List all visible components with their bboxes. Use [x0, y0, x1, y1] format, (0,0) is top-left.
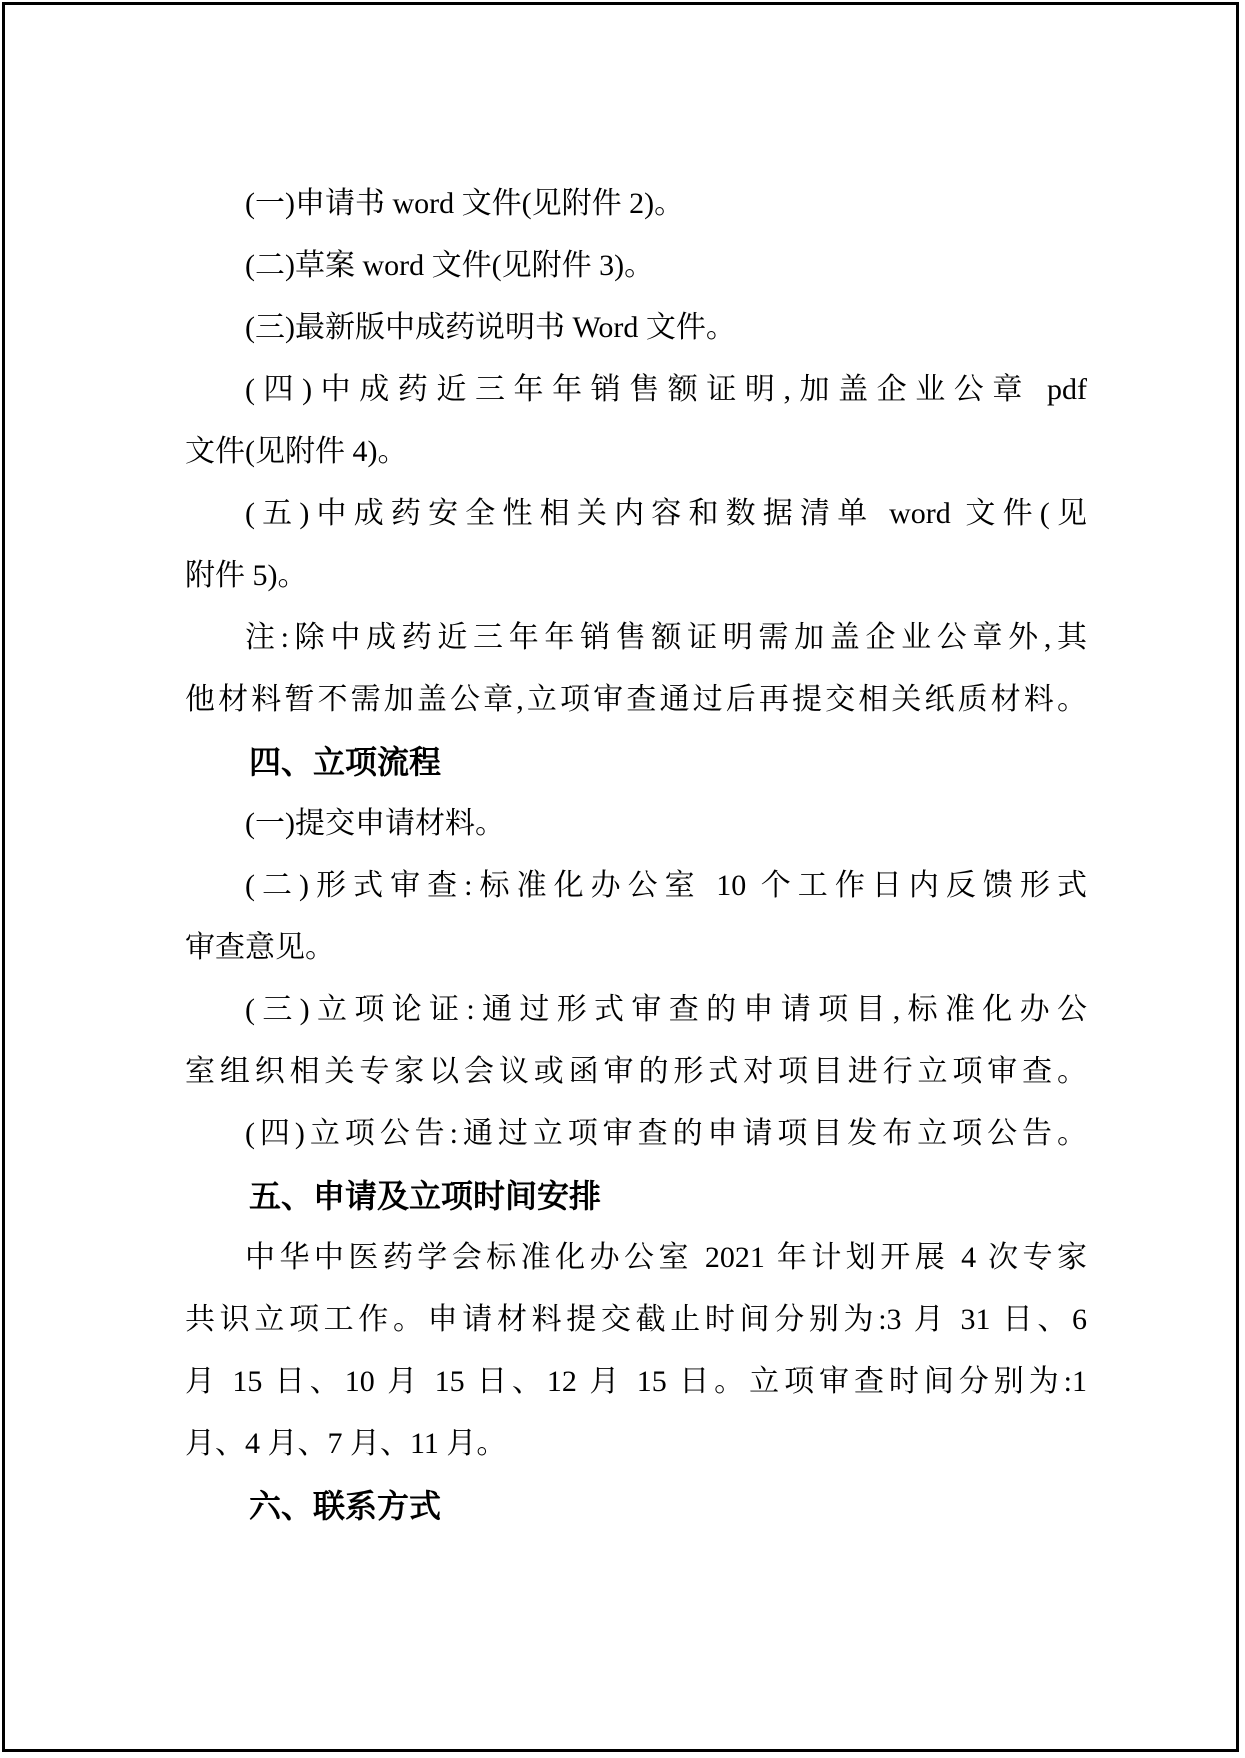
text-line: (四)立项公告:通过立项审查的申请项目发布立项公告。: [185, 1103, 1087, 1165]
text-line: 注:除中成药近三年年销售额证明需加盖企业公章外,其: [185, 607, 1087, 669]
text-line: 中华中医药学会标准化办公室 2021 年计划开展 4 次专家: [185, 1227, 1087, 1289]
text-line: 共识立项工作。申请材料提交截止时间分别为:3 月 31 日、6: [185, 1289, 1087, 1351]
text-line: 文件(见附件 4)。: [185, 421, 1087, 483]
text-line: 月 15 日、10 月 15 日、12 月 15 日。立项审查时间分别为:1: [185, 1351, 1087, 1413]
text-line: 月、4 月、7 月、11 月。: [185, 1413, 1087, 1475]
text-line: (一)提交申请材料。: [185, 793, 1087, 855]
text-line: (四)中成药近三年年销售额证明,加盖企业公章 pdf: [185, 359, 1087, 421]
document-page: (一)申请书 word 文件(见附件 2)。(二)草案 word 文件(见附件 …: [2, 2, 1239, 1752]
text-line: (二)草案 word 文件(见附件 3)。: [185, 235, 1087, 297]
text-line: (一)申请书 word 文件(见附件 2)。: [185, 173, 1087, 235]
text-line: 附件 5)。: [185, 545, 1087, 607]
section-heading: 六、联系方式: [185, 1475, 1087, 1537]
document-content: (一)申请书 word 文件(见附件 2)。(二)草案 word 文件(见附件 …: [185, 173, 1087, 1537]
text-line: (五)中成药安全性相关内容和数据清单 word 文件(见: [185, 483, 1087, 545]
text-line: (三)最新版中成药说明书 Word 文件。: [185, 297, 1087, 359]
text-line: 他材料暂不需加盖公章,立项审查通过后再提交相关纸质材料。: [185, 669, 1087, 731]
text-line: 室组织相关专家以会议或函审的形式对项目进行立项审查。: [185, 1041, 1087, 1103]
text-line: 审查意见。: [185, 917, 1087, 979]
text-line: (二)形式审查:标准化办公室 10 个工作日内反馈形式: [185, 855, 1087, 917]
section-heading: 五、申请及立项时间安排: [185, 1165, 1087, 1227]
text-line: (三)立项论证:通过形式审查的申请项目,标准化办公: [185, 979, 1087, 1041]
section-heading: 四、立项流程: [185, 731, 1087, 793]
